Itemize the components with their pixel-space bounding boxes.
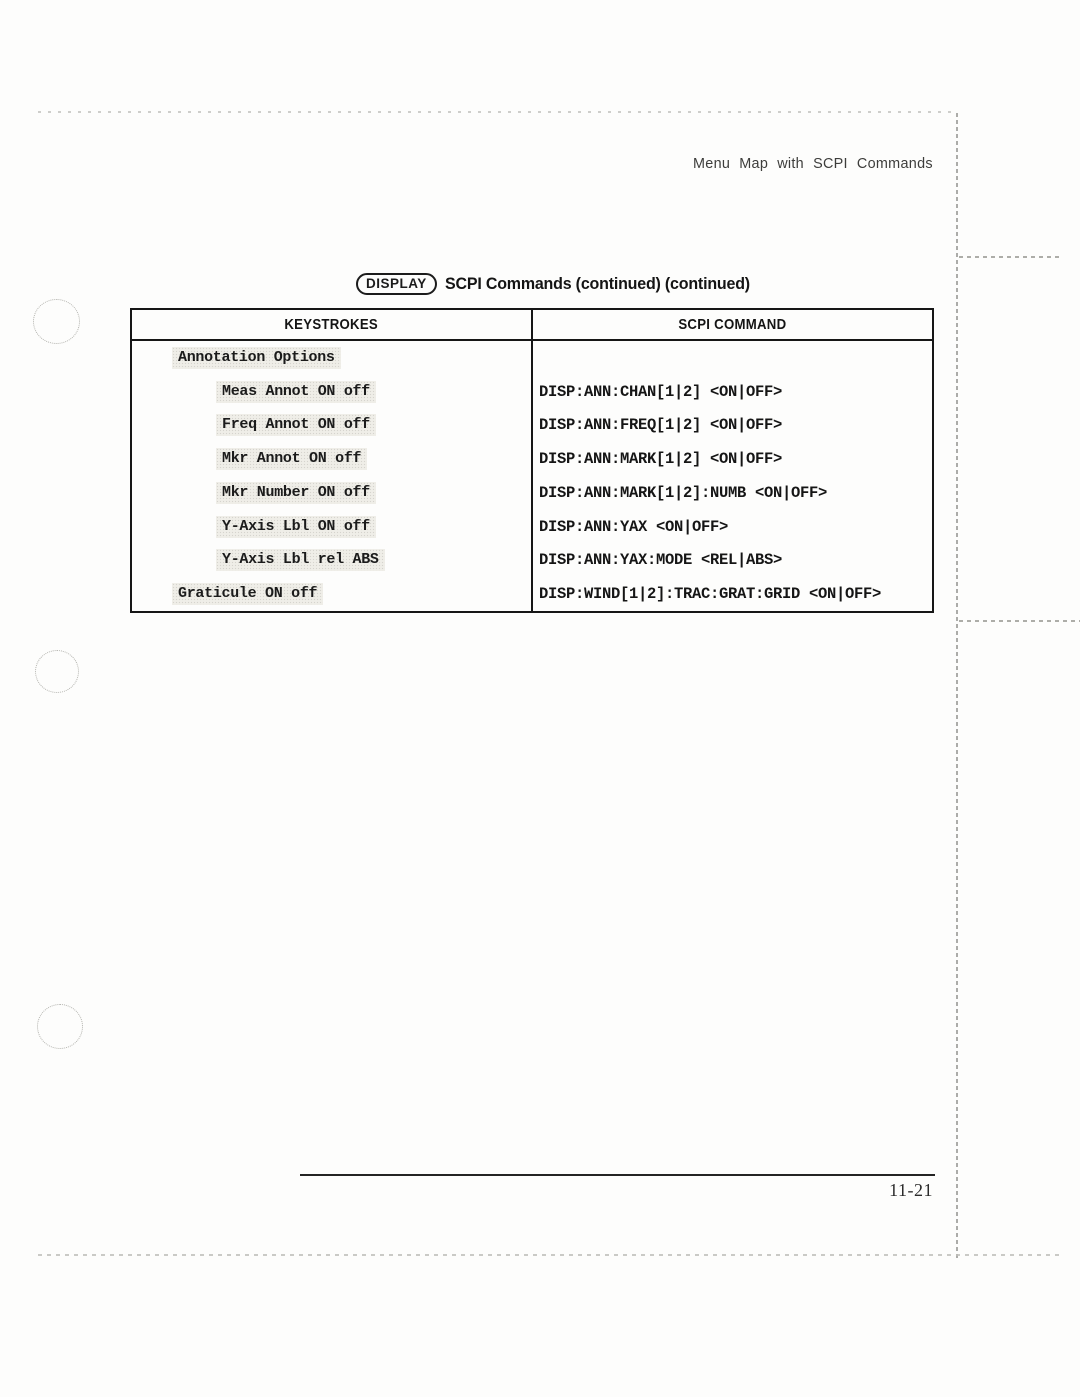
scpi-command-text: DISP:ANN:YAX:MODE <REL|ABS> (539, 551, 782, 569)
table-row: Y-Axis Lbl rel ABS DISP:ANN:YAX:MODE <RE… (132, 544, 932, 578)
table-row: Mkr Annot ON off DISP:ANN:MARK[1|2] <ON|… (132, 442, 932, 476)
softkey-label: Meas Annot ON off (216, 381, 376, 403)
column-header-keystrokes-label: KEYSTROKES (285, 316, 379, 333)
scpi-cell (533, 341, 932, 375)
right-guide-dashed-line (956, 113, 958, 1259)
keystroke-cell: Mkr Number ON off (132, 476, 533, 510)
scpi-cell: DISP:ANN:MARK[1|2]:NUMB <ON|OFF> (533, 476, 932, 510)
column-header-scpi-command: SCPI COMMAND (533, 310, 932, 339)
scpi-cell: DISP:WIND[1|2]:TRAC:GRAT:GRID <ON|OFF> (533, 577, 932, 611)
table-title: DISPLAY SCPI Commands (continued) (conti… (356, 273, 759, 295)
display-keycap: DISPLAY (356, 273, 437, 295)
table-body: Annotation Options Meas Annot ON off DIS… (132, 341, 932, 611)
punch-hole (37, 1004, 83, 1049)
table-row: Annotation Options (132, 341, 932, 375)
scpi-command-text: DISP:ANN:YAX <ON|OFF> (539, 518, 728, 536)
page-number: 11-21 (0, 1180, 933, 1201)
column-header-keystrokes: KEYSTROKES (132, 310, 533, 339)
softkey-label: Y-Axis Lbl rel ABS (216, 549, 385, 571)
table-row: Graticule ON off DISP:WIND[1|2]:TRAC:GRA… (132, 577, 932, 611)
top-guide-dotted-line (38, 111, 958, 113)
scpi-cell: DISP:ANN:MARK[1|2] <ON|OFF> (533, 442, 932, 476)
bottom-guide-dotted-line (38, 1254, 1062, 1256)
table-header-row: KEYSTROKES SCPI COMMAND (132, 310, 932, 341)
scpi-cell: DISP:ANN:FREQ[1|2] <ON|OFF> (533, 409, 932, 443)
footer-rule (300, 1174, 935, 1176)
scpi-command-text: DISP:ANN:MARK[1|2]:NUMB <ON|OFF> (539, 484, 827, 502)
softkey-label: Graticule ON off (172, 583, 323, 605)
punch-hole (33, 299, 80, 344)
keystroke-cell: Annotation Options (132, 341, 533, 375)
softkey-label: Freq Annot ON off (216, 414, 376, 436)
table-row: Meas Annot ON off DISP:ANN:CHAN[1|2] <ON… (132, 375, 932, 409)
scpi-command-table: KEYSTROKES SCPI COMMAND Annotation Optio… (130, 308, 934, 613)
scpi-cell: DISP:ANN:YAX <ON|OFF> (533, 510, 932, 544)
keystroke-cell: Y-Axis Lbl ON off (132, 510, 533, 544)
table-row: Freq Annot ON off DISP:ANN:FREQ[1|2] <ON… (132, 409, 932, 443)
column-header-scpi-label: SCPI COMMAND (678, 316, 786, 333)
scpi-command-text: DISP:WIND[1|2]:TRAC:GRAT:GRID <ON|OFF> (539, 585, 881, 603)
table-title-text: SCPI Commands (continued) (continued) (445, 275, 750, 294)
table-row: Mkr Number ON off DISP:ANN:MARK[1|2]:NUM… (132, 476, 932, 510)
right-margin-dash-lower (959, 620, 1080, 622)
running-header-text: Menu Map with SCPI Commands (693, 155, 933, 172)
keystroke-cell: Freq Annot ON off (132, 409, 533, 443)
keystroke-cell: Mkr Annot ON off (132, 442, 533, 476)
softkey-label: Mkr Number ON off (216, 482, 376, 504)
scpi-command-text: DISP:ANN:CHAN[1|2] <ON|OFF> (539, 383, 782, 401)
scanned-manual-page: Menu Map with SCPI Commands DISPLAY SCPI… (0, 0, 1080, 1397)
table-row: Y-Axis Lbl ON off DISP:ANN:YAX <ON|OFF> (132, 510, 932, 544)
softkey-label: Y-Axis Lbl ON off (216, 516, 376, 538)
scpi-cell: DISP:ANN:CHAN[1|2] <ON|OFF> (533, 375, 932, 409)
scpi-command-text: DISP:ANN:MARK[1|2] <ON|OFF> (539, 450, 782, 468)
scpi-cell: DISP:ANN:YAX:MODE <REL|ABS> (533, 544, 932, 578)
softkey-label: Mkr Annot ON off (216, 448, 367, 470)
scpi-command-text: DISP:ANN:FREQ[1|2] <ON|OFF> (539, 416, 782, 434)
punch-hole (35, 650, 79, 693)
softkey-label: Annotation Options (172, 347, 341, 369)
keystroke-cell: Meas Annot ON off (132, 375, 533, 409)
right-margin-dash-upper (959, 256, 1062, 258)
keystroke-cell: Graticule ON off (132, 577, 533, 611)
keystroke-cell: Y-Axis Lbl rel ABS (132, 544, 533, 578)
running-header: Menu Map with SCPI Commands (0, 155, 933, 172)
